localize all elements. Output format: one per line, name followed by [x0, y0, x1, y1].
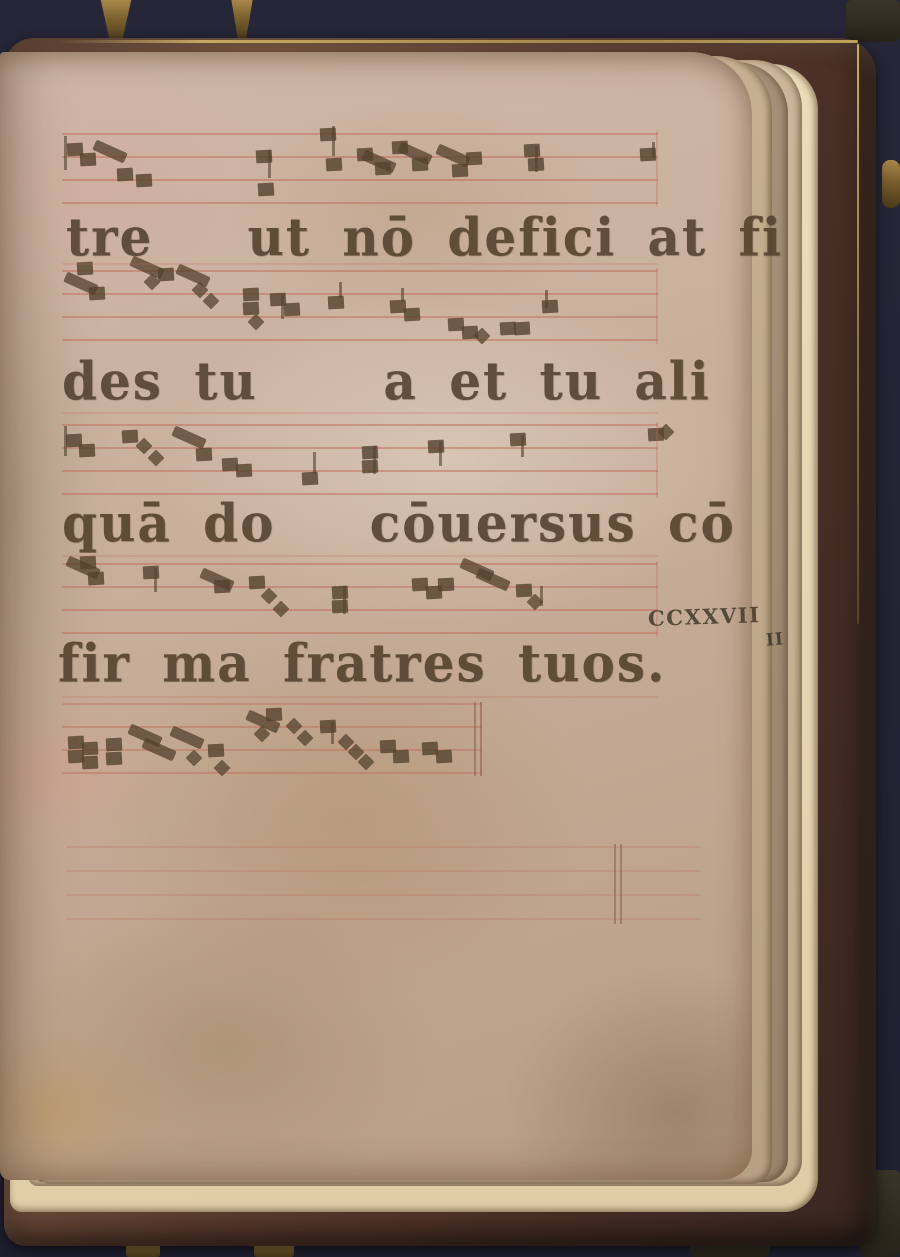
dark-fitting-top-right: [846, 0, 900, 42]
folio-number: CCXXVII: [648, 602, 761, 631]
brass-fitting-top-mid: [228, 0, 256, 40]
edge-folio-number: II: [765, 629, 785, 650]
brass-clasp-right: [882, 160, 900, 208]
parchment-page: [0, 52, 752, 1180]
gold-trim-top: [58, 40, 858, 43]
gold-trim-right: [857, 44, 859, 624]
manuscript-photo-scene: tre ut nō defici at fides tu a et tu ali…: [0, 0, 900, 1257]
